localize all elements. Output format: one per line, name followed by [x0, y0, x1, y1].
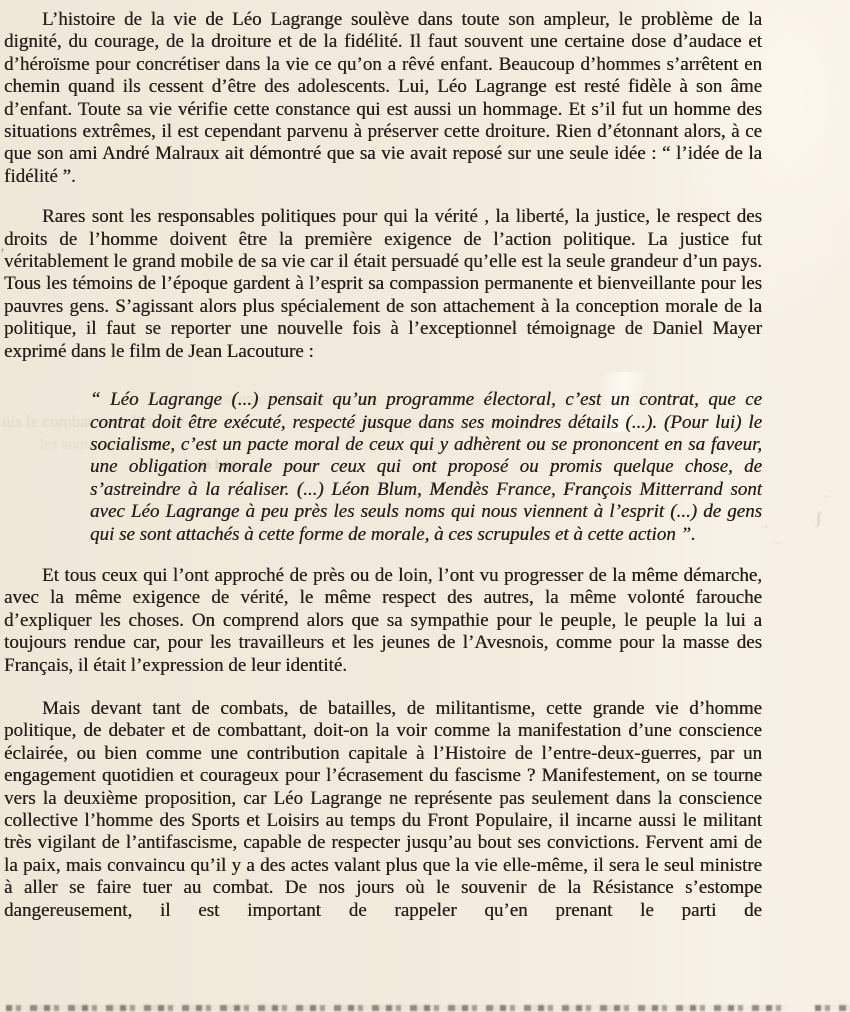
- paragraph-1: L’histoire de la vie de Léo Lagrange sou…: [4, 9, 762, 188]
- block-quote-daniel-mayer: “ Léo Lagrange (...) pensait qu’un progr…: [4, 389, 762, 546]
- scanned-page: nt et le recrutement de la jeunesse pour…: [0, 0, 850, 1012]
- cutoff-next-line-fragment: [815, 1005, 850, 1011]
- paragraph-5: Mais devant tant de combats, de bataille…: [4, 698, 762, 922]
- paragraph-4: Et tous ceux qui l’ont approché de près …: [4, 565, 762, 677]
- page-text-block: L’histoire de la vie de Léo Lagrange sou…: [0, 0, 850, 922]
- paragraph-2: Rares sont les responsables politiques p…: [4, 206, 762, 363]
- cutoff-next-line-fragment: [6, 1005, 787, 1011]
